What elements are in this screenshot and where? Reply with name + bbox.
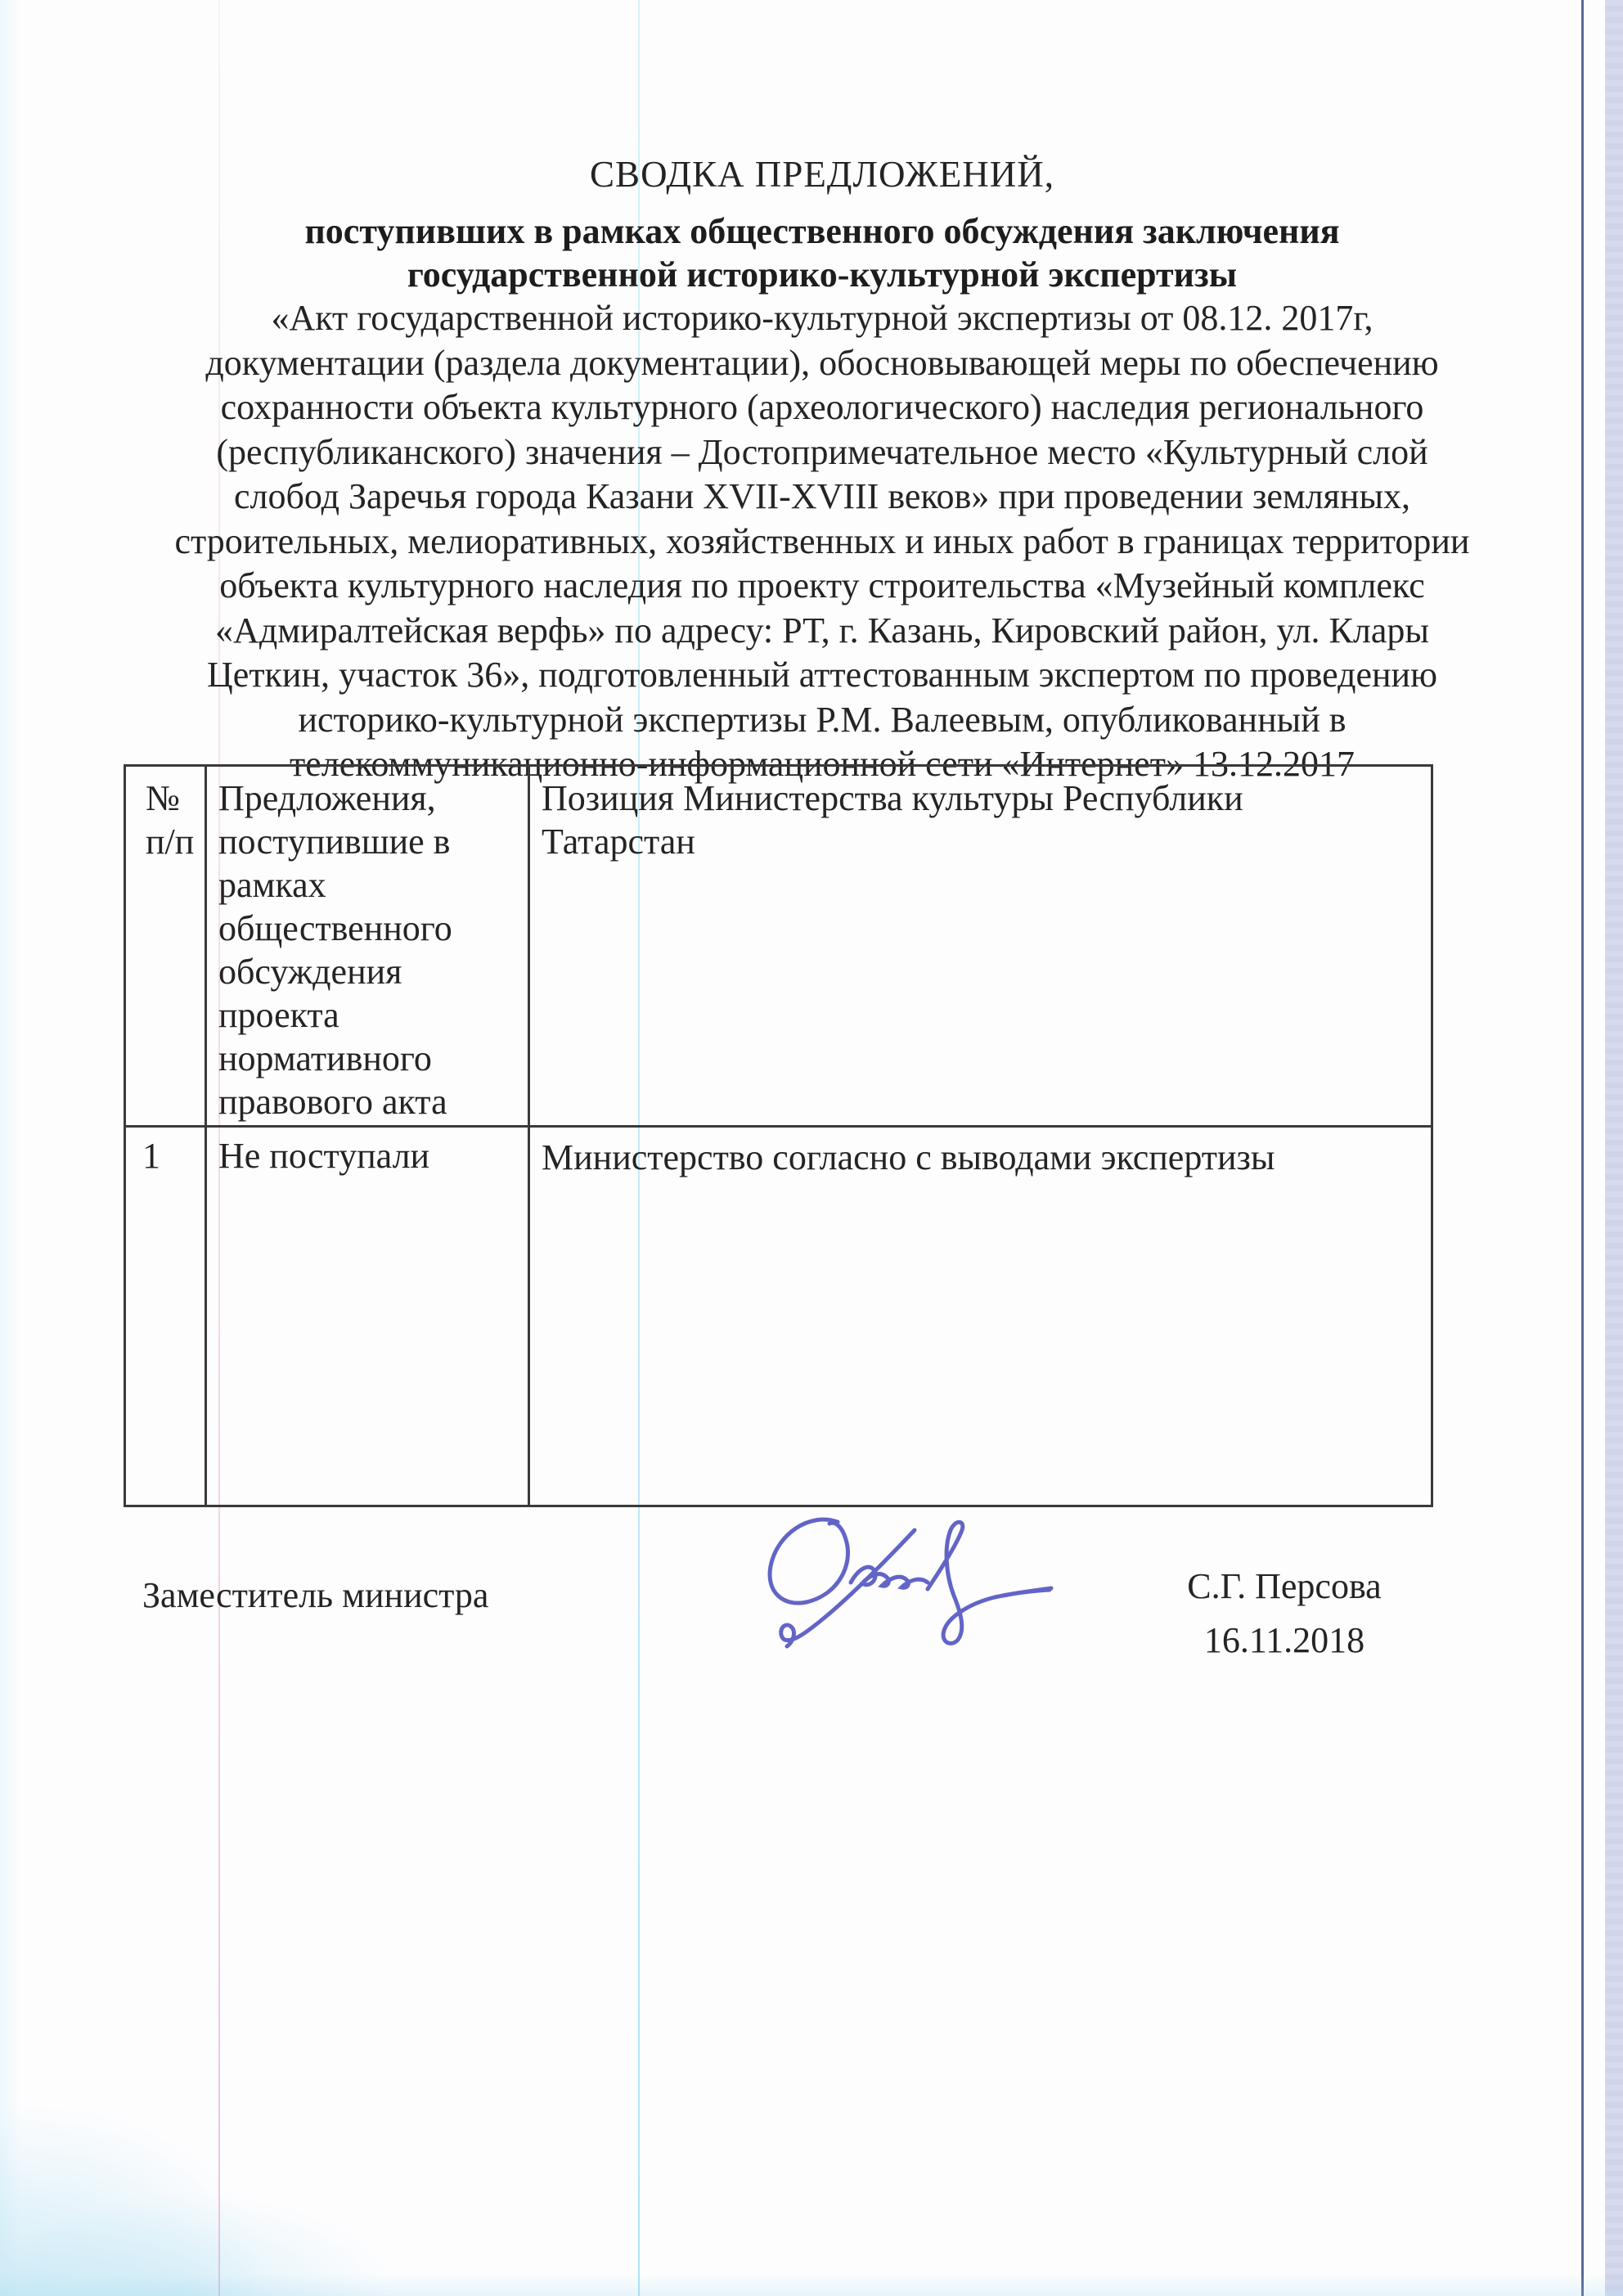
table-header-num: № п/п bbox=[126, 767, 207, 1128]
signer-name: С.Г. Персова bbox=[1145, 1560, 1423, 1614]
document-header: СВОДКА ПРЕДЛОЖЕНИЙ, поступивших в рамках… bbox=[41, 151, 1603, 787]
scanner-bed-band bbox=[1605, 0, 1623, 2296]
signature-name-block: С.Г. Персова 16.11.2018 bbox=[1145, 1560, 1423, 1668]
table-header-ministry-position: Позиция Министерства культуры Республики… bbox=[530, 767, 1431, 1128]
scanned-document-page: СВОДКА ПРЕДЛОЖЕНИЙ, поступивших в рамках… bbox=[0, 0, 1623, 2296]
table-row-num: 1 bbox=[126, 1128, 207, 1505]
handwritten-signature bbox=[759, 1510, 1055, 1663]
document-subtitle: поступивших в рамках общественного обсуж… bbox=[41, 209, 1603, 296]
document-intro-paragraph: «Акт государственной историко-культурной… bbox=[41, 296, 1603, 787]
signature-date: 16.11.2018 bbox=[1145, 1614, 1423, 1668]
signer-role: Заместитель министра bbox=[142, 1574, 488, 1616]
document-title: СВОДКА ПРЕДЛОЖЕНИЙ, bbox=[41, 151, 1603, 198]
table-header-proposals: Предложения, поступившие в рамках общест… bbox=[207, 767, 530, 1128]
proposals-table: № п/п Предложения, поступившие в рамках … bbox=[124, 764, 1433, 1507]
table-row-proposal: Не поступали bbox=[207, 1128, 530, 1505]
table-row-ministry-position: Министерство согласно с выводами эксперт… bbox=[530, 1128, 1431, 1505]
